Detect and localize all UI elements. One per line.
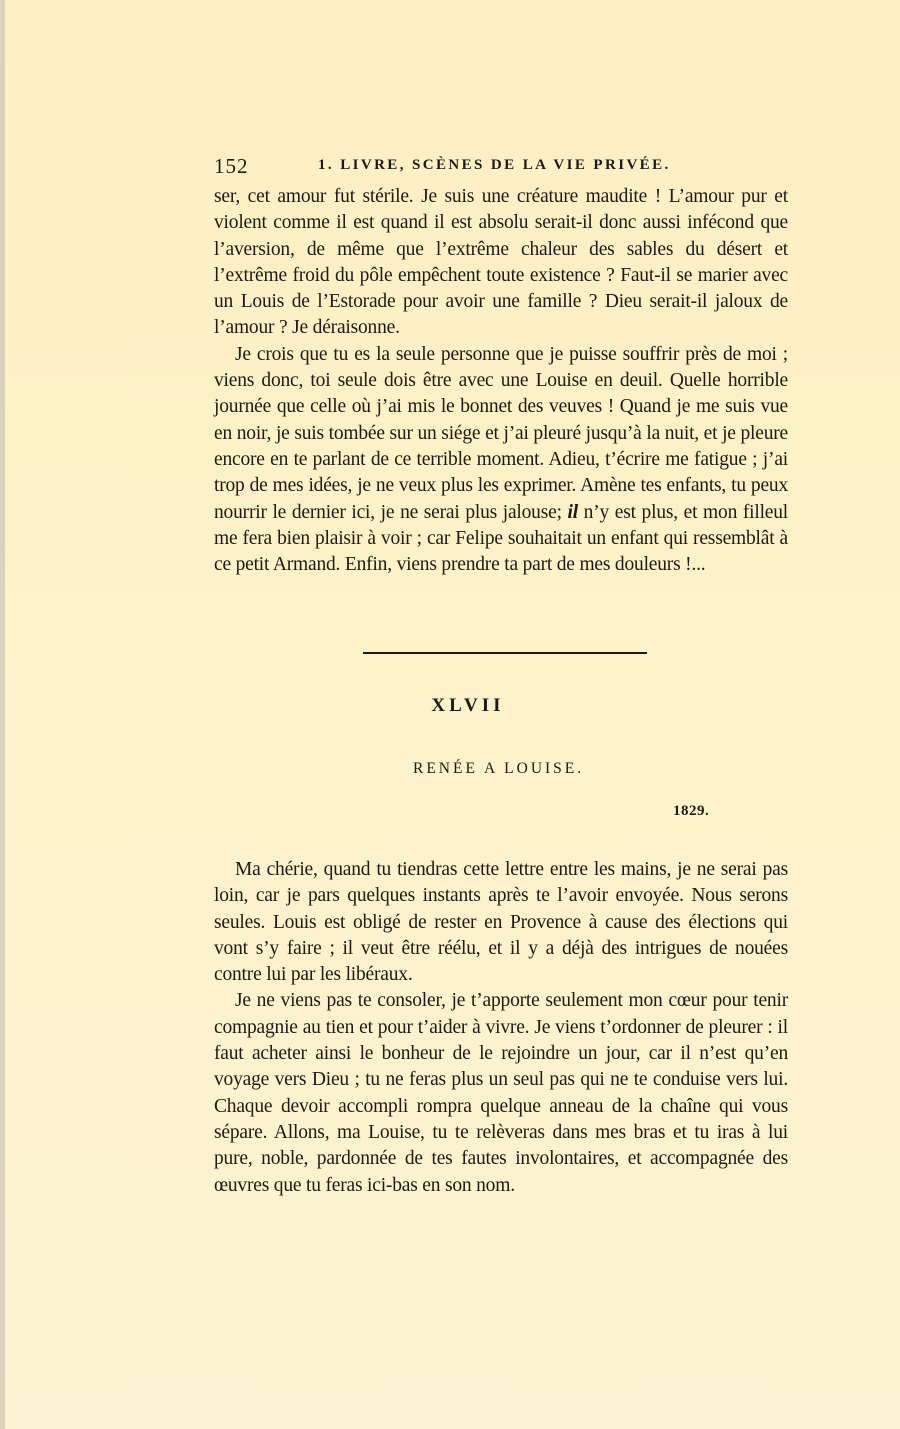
chapter-date: 1829. — [673, 803, 709, 820]
paragraph: Je crois que tu es la seule personne que… — [214, 342, 788, 579]
section-divider — [363, 652, 647, 654]
paragraph: Ma chérie, quand tu tiendras cette lettr… — [214, 857, 788, 988]
running-head: 1. LIVRE, SCÈNES DE LA VIE PRIVÉE. — [318, 157, 671, 174]
letter-text: Ma chérie, quand tu tiendras cette lettr… — [214, 857, 788, 1199]
page-header: 152 1. LIVRE, SCÈNES DE LA VIE PRIVÉE. — [214, 154, 692, 180]
emphasized-word: il — [568, 502, 578, 523]
paragraph: ser, cet amour fut stérile. Je suis une … — [214, 184, 788, 342]
paragraph: Je ne viens pas te consoler, je t’apport… — [214, 988, 788, 1198]
letter-ending-text: ser, cet amour fut stérile. Je suis une … — [214, 184, 788, 578]
page-number: 152 — [214, 154, 249, 179]
paragraph-text: Je crois que tu es la seule personne que… — [214, 344, 788, 523]
chapter-title: RENÉE A LOUISE. — [413, 760, 584, 778]
chapter-number: XLVII — [5, 695, 900, 717]
book-page: 152 1. LIVRE, SCÈNES DE LA VIE PRIVÉE. s… — [0, 0, 900, 1429]
